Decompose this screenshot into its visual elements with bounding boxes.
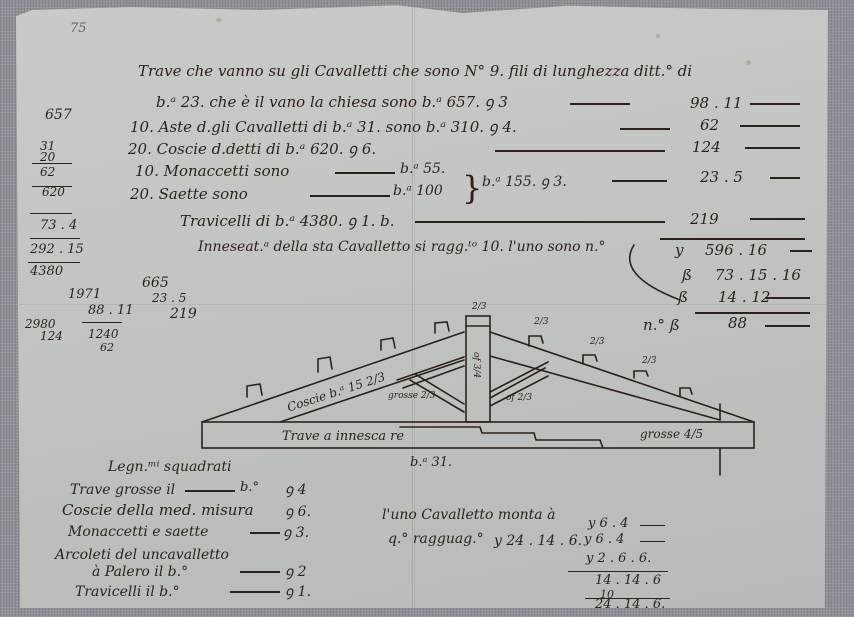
label-tie-length: b.ᵃ 31. [410,456,452,469]
lower-right-line-1: l'uno Cavalletto monta à [382,508,555,522]
lower-left-row: Monaccetti e saette [68,525,208,539]
lower-left-row: Arcoleti del uncavalletto [55,548,229,562]
total: 24 . 14 . 6. [595,598,665,611]
label-king-post: of 3/4 [471,352,480,378]
label-tie-size: grosse 4/5 [640,428,703,440]
unit-label: b.° [240,481,259,494]
row-value: ꝯ 2 [285,565,307,579]
sum-entry: y 6 . 4 [588,517,628,530]
row-value: ꝯ 6. [285,505,311,519]
sum-line [568,571,668,572]
lower-left-row: Coscie della med. misura [62,503,254,518]
label-strut-right: of 2/3 [506,394,532,403]
row-value: ꝯ 1. [285,585,311,599]
lower-left-row: Trave grosse il [70,483,175,497]
rule-line [185,490,235,492]
purlin-mark: 2/3 [472,303,486,312]
label-strut-left: grosse 2/3 [388,392,435,401]
sum-entry: y 6 . 4 [584,533,624,546]
lower-right-line-2-value: y 24 . 14 . 6. [494,534,582,548]
rule-line [640,541,665,542]
purlin-mark: 2/3 [642,357,656,366]
rule-line [640,525,665,526]
sum-entry: y 2 . 6 . 6. [586,552,651,565]
purlin-mark: 2/3 [534,318,548,327]
label-tie-beam: Trave a innesca re [282,430,404,443]
rule-line [240,571,280,573]
lower-right-line-2: q.° ragguag.° [388,532,484,546]
rule-line [250,532,280,534]
rule-line [230,591,280,593]
row-value: ꝯ 4 [285,483,307,497]
lower-left-row: à Palero il b.° [92,565,188,579]
row-value: ꝯ 3. [283,526,309,540]
lower-left-heading: Legn.ᵐⁱ squadrati [108,460,231,474]
lower-left-row: Travicelli il b.° [75,585,180,599]
purlin-mark: 2/3 [590,338,604,347]
subtotal: 14 . 14 . 6 [595,574,661,587]
